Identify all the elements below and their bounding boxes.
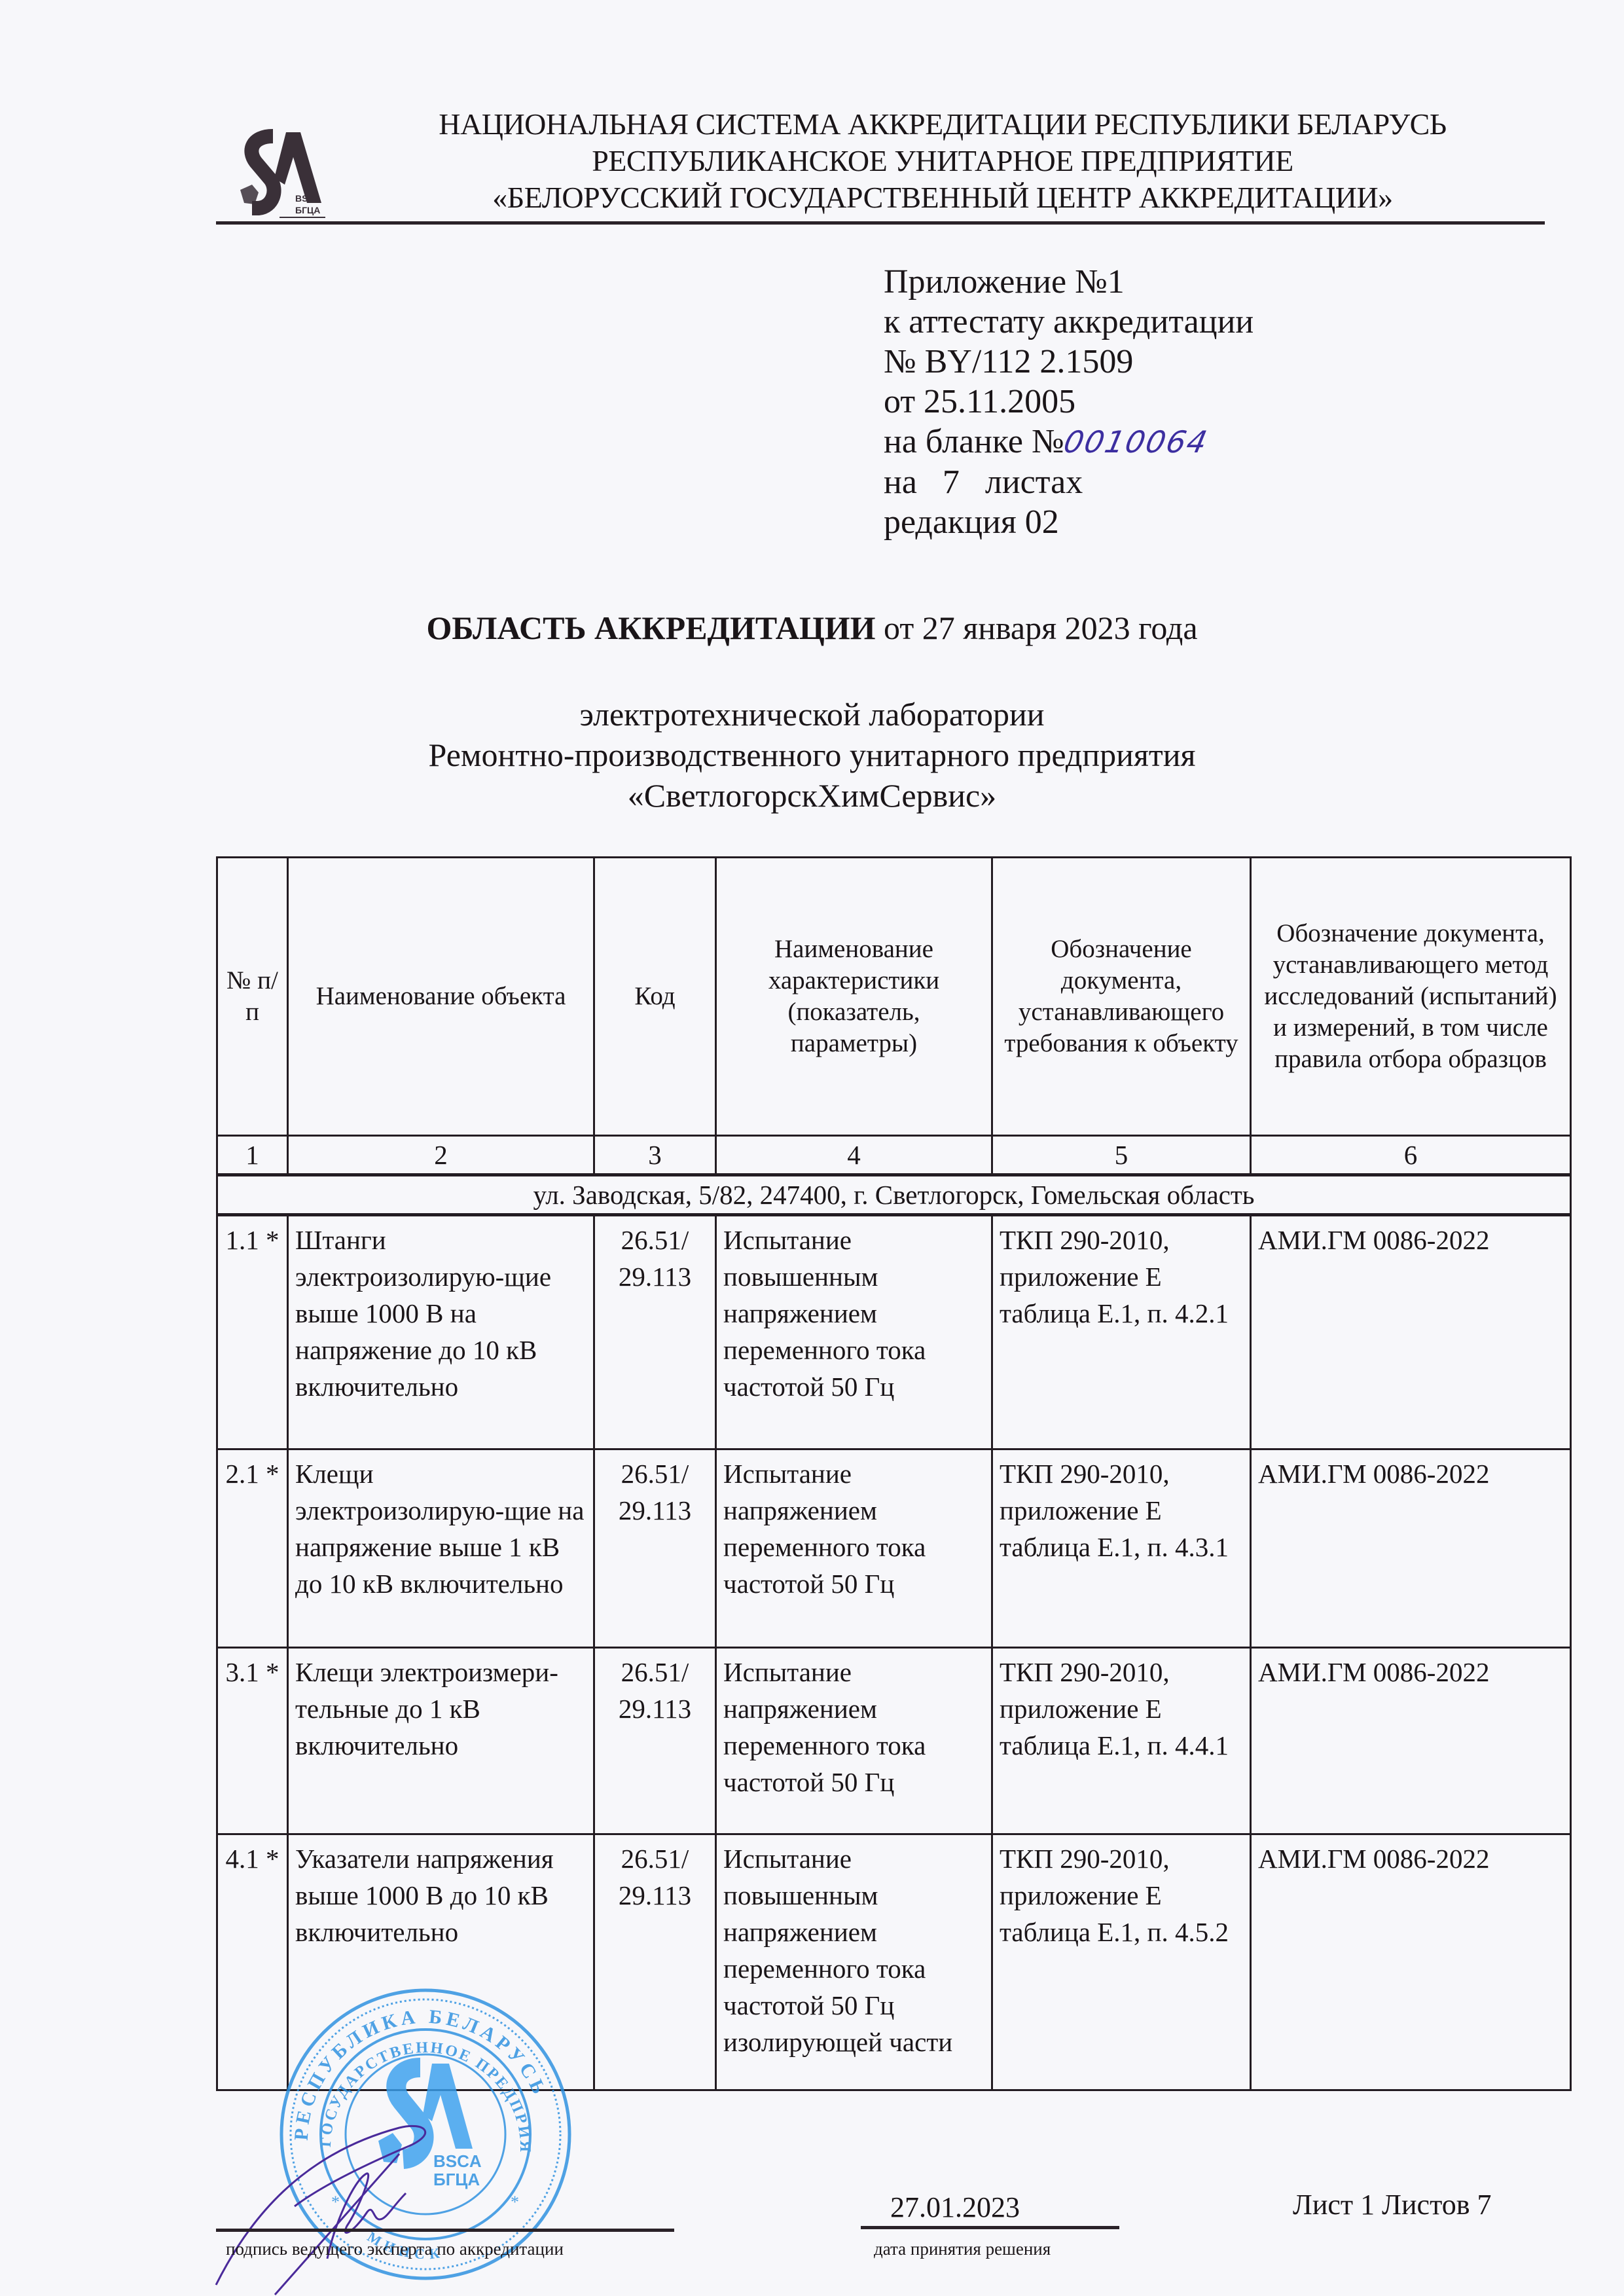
cell-characteristic: Испытание напряжением переменного тока ч… [716, 1648, 992, 1834]
cell-requirement-doc: ТКП 290-2010, приложение Е таблица Е.1, … [992, 1449, 1251, 1648]
cell-characteristic: Испытание повышенным напряжением перемен… [716, 1834, 992, 2090]
svg-text:БГЦА: БГЦА [295, 205, 320, 215]
subtitle-line-3: «СветлогорскХимСервис» [0, 775, 1624, 816]
cell-requirement-doc: ТКП 290-2010, приложение Е таблица Е.1, … [992, 1834, 1251, 2090]
blank-label: на бланке № [884, 423, 1064, 460]
cell-method-doc: АМИ.ГМ 0086-2022 [1251, 1834, 1571, 2090]
cell-requirement-doc: ТКП 290-2010, приложение Е таблица Е.1, … [992, 1215, 1251, 1449]
cell-number: 3.1 * [217, 1648, 288, 1834]
title-bold: ОБЛАСТЬ АККРЕДИТАЦИИ [426, 610, 875, 646]
col-header-object: Наименование объекта [288, 858, 594, 1136]
cell-characteristic: Испытание напряжением переменного тока ч… [716, 1449, 992, 1648]
table-row: 1.1 * Штанги электроизолирую-щие выше 10… [217, 1215, 1571, 1449]
cell-code: 26.51/ 29.113 [594, 1834, 716, 2090]
cell-object: Клещи электроизолирую-щие на напряжение … [288, 1449, 594, 1648]
col-number: 6 [1251, 1136, 1571, 1175]
cell-code: 26.51/ 29.113 [594, 1449, 716, 1648]
issuer-header: НАЦИОНАЛЬНАЯ СИСТЕМА АККРЕДИТАЦИИ РЕСПУБ… [340, 106, 1545, 216]
document-title: ОБЛАСТЬ АККРЕДИТАЦИИ от 27 января 2023 г… [0, 609, 1624, 647]
cell-object: Клещи электроизмери-тельные до 1 кВ вклю… [288, 1648, 594, 1834]
header-line-1: НАЦИОНАЛЬНАЯ СИСТЕМА АККРЕДИТАЦИИ РЕСПУБ… [340, 106, 1545, 143]
appendix-revision: редакция 02 [884, 502, 1254, 542]
appendix-certificate-number: № BY/112 2.1509 [884, 342, 1254, 382]
svg-text:BSCA: BSCA [433, 2151, 482, 2171]
cell-number: 2.1 * [217, 1449, 288, 1648]
sheet-number: Лист 1 Листов 7 [1293, 2188, 1492, 2221]
cell-method-doc: АМИ.ГМ 0086-2022 [1251, 1449, 1571, 1648]
appendix-certificate: к аттестату аккредитации [884, 302, 1254, 342]
table-row: 3.1 * Клещи электроизмери-тельные до 1 к… [217, 1648, 1571, 1834]
handwritten-blank-number: 0010064 [1060, 422, 1212, 462]
cell-number: 4.1 * [217, 1834, 288, 2090]
col-number: 2 [288, 1136, 594, 1175]
address-cell: ул. Заводская, 5/82, 247400, г. Светлого… [217, 1175, 1571, 1215]
table-row: 2.1 * Клещи электроизолирую-щие на напря… [217, 1449, 1571, 1648]
appendix-sheet-count: на 7 листах [884, 462, 1254, 502]
table-header-row: № п/п Наименование объекта Код Наименова… [217, 858, 1571, 1136]
address-row: ул. Заводская, 5/82, 247400, г. Светлого… [217, 1175, 1571, 1215]
col-header-number: № п/п [217, 858, 288, 1136]
cell-code: 26.51/ 29.113 [594, 1215, 716, 1449]
accreditation-scope-table: № п/п Наименование объекта Код Наименова… [216, 856, 1572, 2091]
decision-date: 27.01.2023 [890, 2191, 1020, 2224]
col-header-code: Код [594, 858, 716, 1136]
table-row: 4.1 * Указатели напряжения выше 1000 В д… [217, 1834, 1571, 2090]
col-header-method-doc: Обозначение документа, устанавливающего … [1251, 858, 1571, 1136]
cell-characteristic: Испытание повышенным напряжением перемен… [716, 1215, 992, 1449]
signature-label: подпись ведущего эксперта по аккредитаци… [226, 2239, 564, 2259]
header-divider [216, 221, 1545, 225]
col-number: 5 [992, 1136, 1251, 1175]
col-header-characteristic: Наименование характеристики (показатель,… [716, 858, 992, 1136]
bsca-logo-icon: BSCA БГЦА [232, 124, 331, 223]
column-number-row: 1 2 3 4 5 6 [217, 1136, 1571, 1175]
title-date: от 27 января 2023 года [876, 610, 1198, 646]
cell-method-doc: АМИ.ГМ 0086-2022 [1251, 1648, 1571, 1834]
cell-object: Указатели напряжения выше 1000 В до 10 к… [288, 1834, 594, 2090]
decision-date-label: дата принятия решения [874, 2239, 1051, 2259]
decision-date-line [861, 2226, 1119, 2229]
header-line-2: РЕСПУБЛИКАНСКОЕ УНИТАРНОЕ ПРЕДПРИЯТИЕ [340, 143, 1545, 179]
col-number: 4 [716, 1136, 992, 1175]
subtitle-line-1: электротехнической лаборатории [0, 694, 1624, 735]
appendix-title: Приложение №1 [884, 262, 1254, 302]
svg-text:БГЦА: БГЦА [433, 2170, 480, 2189]
laboratory-name: электротехнической лаборатории Ремонтно-… [0, 694, 1624, 816]
appendix-certificate-date: от 25.11.2005 [884, 382, 1254, 422]
cell-requirement-doc: ТКП 290-2010, приложение Е таблица Е.1, … [992, 1648, 1251, 1834]
appendix-info: Приложение №1 к аттестату аккредитации №… [884, 262, 1254, 542]
col-number: 3 [594, 1136, 716, 1175]
expert-signature-icon [209, 2115, 471, 2296]
subtitle-line-2: Ремонтно-производственного унитарного пр… [0, 735, 1624, 775]
col-number: 1 [217, 1136, 288, 1175]
svg-text:*: * [511, 2193, 519, 2212]
cell-number: 1.1 * [217, 1215, 288, 1449]
appendix-blank-number: на бланке №0010064 [884, 422, 1254, 462]
cell-code: 26.51/ 29.113 [594, 1648, 716, 1834]
signature-line [216, 2229, 674, 2232]
col-header-requirement-doc: Обозначение документа, устанавливающего … [992, 858, 1251, 1136]
cell-method-doc: АМИ.ГМ 0086-2022 [1251, 1215, 1571, 1449]
cell-object: Штанги электроизолирую-щие выше 1000 В н… [288, 1215, 594, 1449]
svg-text:BSCA: BSCA [295, 193, 321, 204]
svg-text:*: * [331, 2193, 340, 2212]
header-line-3: «БЕЛОРУССКИЙ ГОСУДАРСТВЕННЫЙ ЦЕНТР АККРЕ… [340, 179, 1545, 216]
